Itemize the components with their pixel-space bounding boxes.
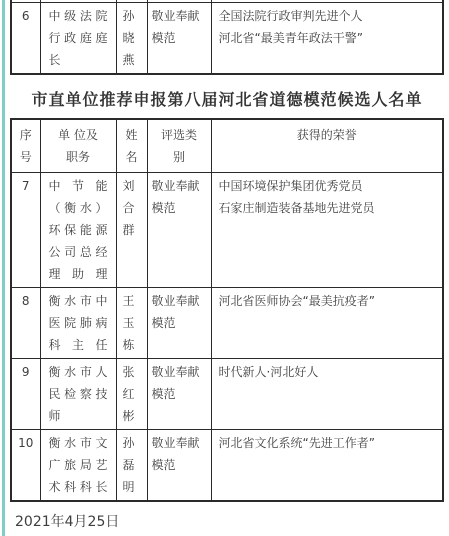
cell-category: 敬业奉献 模范	[147, 430, 211, 502]
table-row: 10 衡水市文 广旅局艺 术科科长 孙 磊 明 敬业奉献 模范 河北省文化系统“…	[11, 430, 443, 502]
cell-serial: 6	[11, 3, 40, 75]
cell-unit-title: 衡水市人 民检察技 师	[40, 359, 116, 430]
document-page: 6 中级法院 行政庭庭 长 孙 晓 燕 敬业奉献 模范 全国法院行政审判先进个人…	[10, 0, 444, 531]
header-honors: 获得的荣誉	[211, 119, 443, 173]
cell-serial: 10	[11, 430, 40, 502]
cell-honors: 时代新人·河北好人	[211, 359, 443, 430]
cell-name: 张 红 彬	[116, 359, 147, 430]
cell-category: 敬业奉献 模范	[147, 173, 211, 288]
table-row: 8 衡水市中 医院肺病 科主任 王 玉 栋 敬业奉献 模范 河北省医师协会“最美…	[11, 288, 443, 359]
cell-serial: 9	[11, 359, 40, 430]
table-row: 7 中节能 （衡水） 环保能源 公司总经 理助理 刘 合 群 敬业奉献 模范 中…	[11, 173, 443, 288]
cell-name: 孙 磊 明	[116, 430, 147, 502]
cell-honors: 河北省医师协会“最美抗疫者”	[211, 288, 443, 359]
header-name: 姓 名	[116, 119, 147, 173]
table-header-row: 序 号 单 位及 职务 姓 名 评选类 别 获得的荣誉	[11, 119, 443, 173]
cell-serial: 7	[11, 173, 40, 288]
cell-unit-title: 衡水市文 广旅局艺 术科科长	[40, 430, 116, 502]
table-row: 9 衡水市人 民检察技 师 张 红 彬 敬业奉献 模范 时代新人·河北好人	[11, 359, 443, 430]
cell-name: 刘 合 群	[116, 173, 147, 288]
cell-unit-title: 中级法院 行政庭庭 长	[40, 3, 116, 75]
cell-serial: 8	[11, 288, 40, 359]
page-title: 市直单位推荐申报第八届河北省道德模范候选人名单	[10, 88, 444, 112]
main-table: 序 号 单 位及 职务 姓 名 评选类 别 获得的荣誉 7 中节能 （衡水） 环…	[10, 118, 444, 502]
left-accent-stripe	[2, 0, 5, 536]
cell-name: 王 玉 栋	[116, 288, 147, 359]
cell-name: 孙 晓 燕	[116, 3, 147, 75]
cell-category: 敬业奉献 模范	[147, 359, 211, 430]
cell-honors: 中国环境保护集团优秀党员 石家庄制造装备基地先进党员	[211, 173, 443, 288]
document-date: 2021年4月25日	[10, 511, 444, 531]
cell-category: 敬业奉献 模范	[147, 288, 211, 359]
cell-unit-title: 中节能 （衡水） 环保能源 公司总经 理助理	[40, 173, 116, 288]
cell-honors: 全国法院行政审判先进个人 河北省“最美青年政法干警”	[211, 3, 443, 75]
cell-honors: 河北省文化系统“先进工作者”	[211, 430, 443, 502]
header-category: 评选类 别	[147, 119, 211, 173]
cell-unit-title: 衡水市中 医院肺病 科主任	[40, 288, 116, 359]
upper-table: 6 中级法院 行政庭庭 长 孙 晓 燕 敬业奉献 模范 全国法院行政审判先进个人…	[10, 0, 444, 75]
table-row: 6 中级法院 行政庭庭 长 孙 晓 燕 敬业奉献 模范 全国法院行政审判先进个人…	[11, 3, 443, 75]
header-serial: 序 号	[11, 119, 40, 173]
cell-category: 敬业奉献 模范	[147, 3, 211, 75]
header-unit-title: 单 位及 职务	[40, 119, 116, 173]
